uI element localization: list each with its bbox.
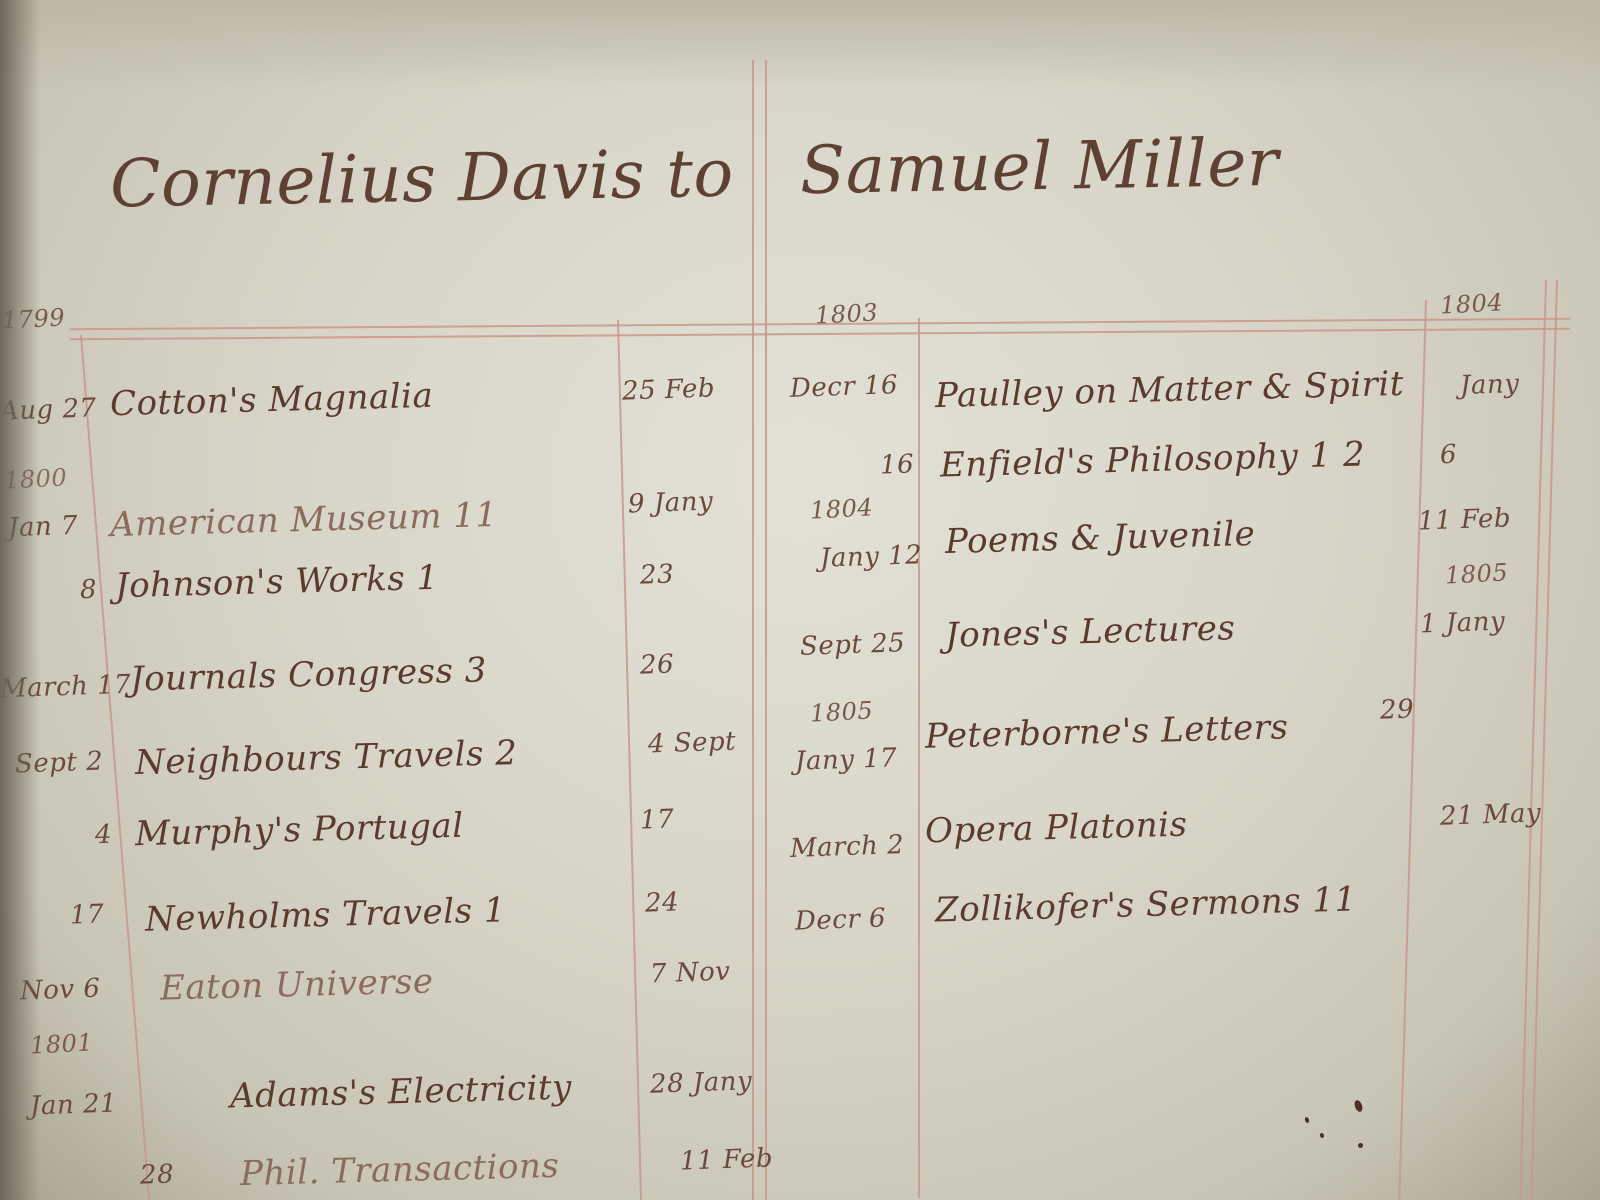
entry-returned: Jany — [1459, 369, 1519, 401]
entry-date: 28 — [139, 1159, 174, 1190]
entry-title: Peterborne's Letters — [925, 707, 1289, 757]
entry-date: 16 — [879, 449, 914, 480]
year-marker: 1804 — [809, 493, 873, 524]
entry-date: Jan 7 — [7, 511, 78, 543]
entry-date: Nov 6 — [20, 974, 101, 1007]
entry-date: March 2 — [790, 830, 905, 864]
entry-returned: 7 Nov — [650, 957, 731, 990]
entry-date: Decr 16 — [790, 370, 899, 404]
entry-date: Jany 12 — [820, 540, 923, 574]
entry-returned: 6 — [1439, 440, 1457, 471]
entry-returned: 23 — [639, 559, 674, 590]
entry-returned: 1 Jany — [1420, 607, 1506, 640]
right-return-year-header: 1804 — [1439, 288, 1503, 319]
entry-date: 17 — [69, 899, 104, 930]
entry-date: March 17 — [0, 670, 132, 705]
entry-title: Poems & Juvenile — [945, 514, 1256, 562]
entry-title: Jones's Lectures — [945, 608, 1236, 656]
entry-date: 4 — [94, 820, 112, 851]
entry-returned: 26 — [639, 649, 674, 680]
entry-returned: 24 — [644, 887, 679, 918]
entry-date: Aug 27 — [0, 393, 97, 426]
header-rule-bottom — [70, 328, 1570, 340]
entry-title: Adams's Electricity — [230, 1068, 573, 1117]
entry-date: Decr 6 — [795, 903, 887, 936]
center-double-rule-a — [752, 60, 754, 1200]
return-year-marker: 1805 — [1444, 558, 1508, 589]
ink-blot — [1353, 1099, 1364, 1113]
entry-title: Cotton's Magnalia — [110, 376, 434, 424]
year-marker: 1800 — [3, 463, 67, 494]
entry-returned: 11 Feb — [1418, 503, 1512, 536]
entry-title: Journals Congress 3 — [130, 650, 488, 699]
entry-returned: 4 Sept — [648, 726, 737, 759]
left-return-column-rule — [617, 320, 642, 1200]
ledger-heading-right: Samuel Miller — [799, 124, 1279, 209]
entry-returned: 25 Feb — [622, 373, 716, 406]
ink-blot — [1319, 1132, 1324, 1138]
entry-returned: 11 Feb — [680, 1143, 774, 1176]
entry-title: Opera Platonis — [925, 805, 1188, 852]
left-year-header: 1799 — [1, 303, 65, 334]
center-double-rule-b — [765, 60, 767, 1200]
entry-date: Sept 25 — [800, 628, 906, 662]
entry-returned: 9 Jany — [628, 487, 714, 520]
entry-returned: 28 Jany — [650, 1066, 753, 1100]
entry-title: Zollikofer's Sermons 11 — [935, 879, 1358, 930]
right-edge-rule-b — [1530, 280, 1558, 1200]
entry-title: American Museum 11 — [110, 495, 498, 545]
entry-date: Jany 17 — [795, 743, 898, 777]
entry-title: Eaton Universe — [160, 961, 434, 1008]
entry-title: Newholms Travels 1 — [145, 890, 507, 939]
right-year-header: 1803 — [814, 298, 878, 329]
entry-title: Murphy's Portugal — [135, 806, 465, 855]
entry-returned: 29 — [1379, 694, 1414, 725]
right-return-column-rule — [1398, 300, 1427, 1200]
entry-title: Phil. Transactions — [240, 1146, 560, 1194]
entry-date: 8 — [79, 575, 97, 606]
entry-returned: 17 — [639, 804, 674, 835]
entry-returned: 21 May — [1440, 798, 1542, 832]
entry-title: Paulley on Matter & Spirit — [935, 364, 1405, 416]
entry-title: Enfield's Philosophy 1 2 — [940, 434, 1366, 485]
entry-title: Neighbours Travels 2 — [135, 733, 518, 783]
ink-blot — [1304, 1116, 1310, 1123]
ledger-heading-left: Cornelius Davis to — [109, 135, 734, 223]
ledger-page: Cornelius Davis to Samuel Miller 1799 Au… — [0, 0, 1600, 1200]
year-marker: 1801 — [29, 1028, 93, 1059]
ink-blot — [1357, 1142, 1363, 1148]
entry-title: Johnson's Works 1 — [115, 558, 440, 606]
entry-date: Sept 2 — [15, 746, 104, 779]
right-date-column-rule — [918, 318, 920, 1198]
entry-date: Jan 21 — [30, 1088, 118, 1121]
year-marker: 1805 — [809, 696, 873, 727]
